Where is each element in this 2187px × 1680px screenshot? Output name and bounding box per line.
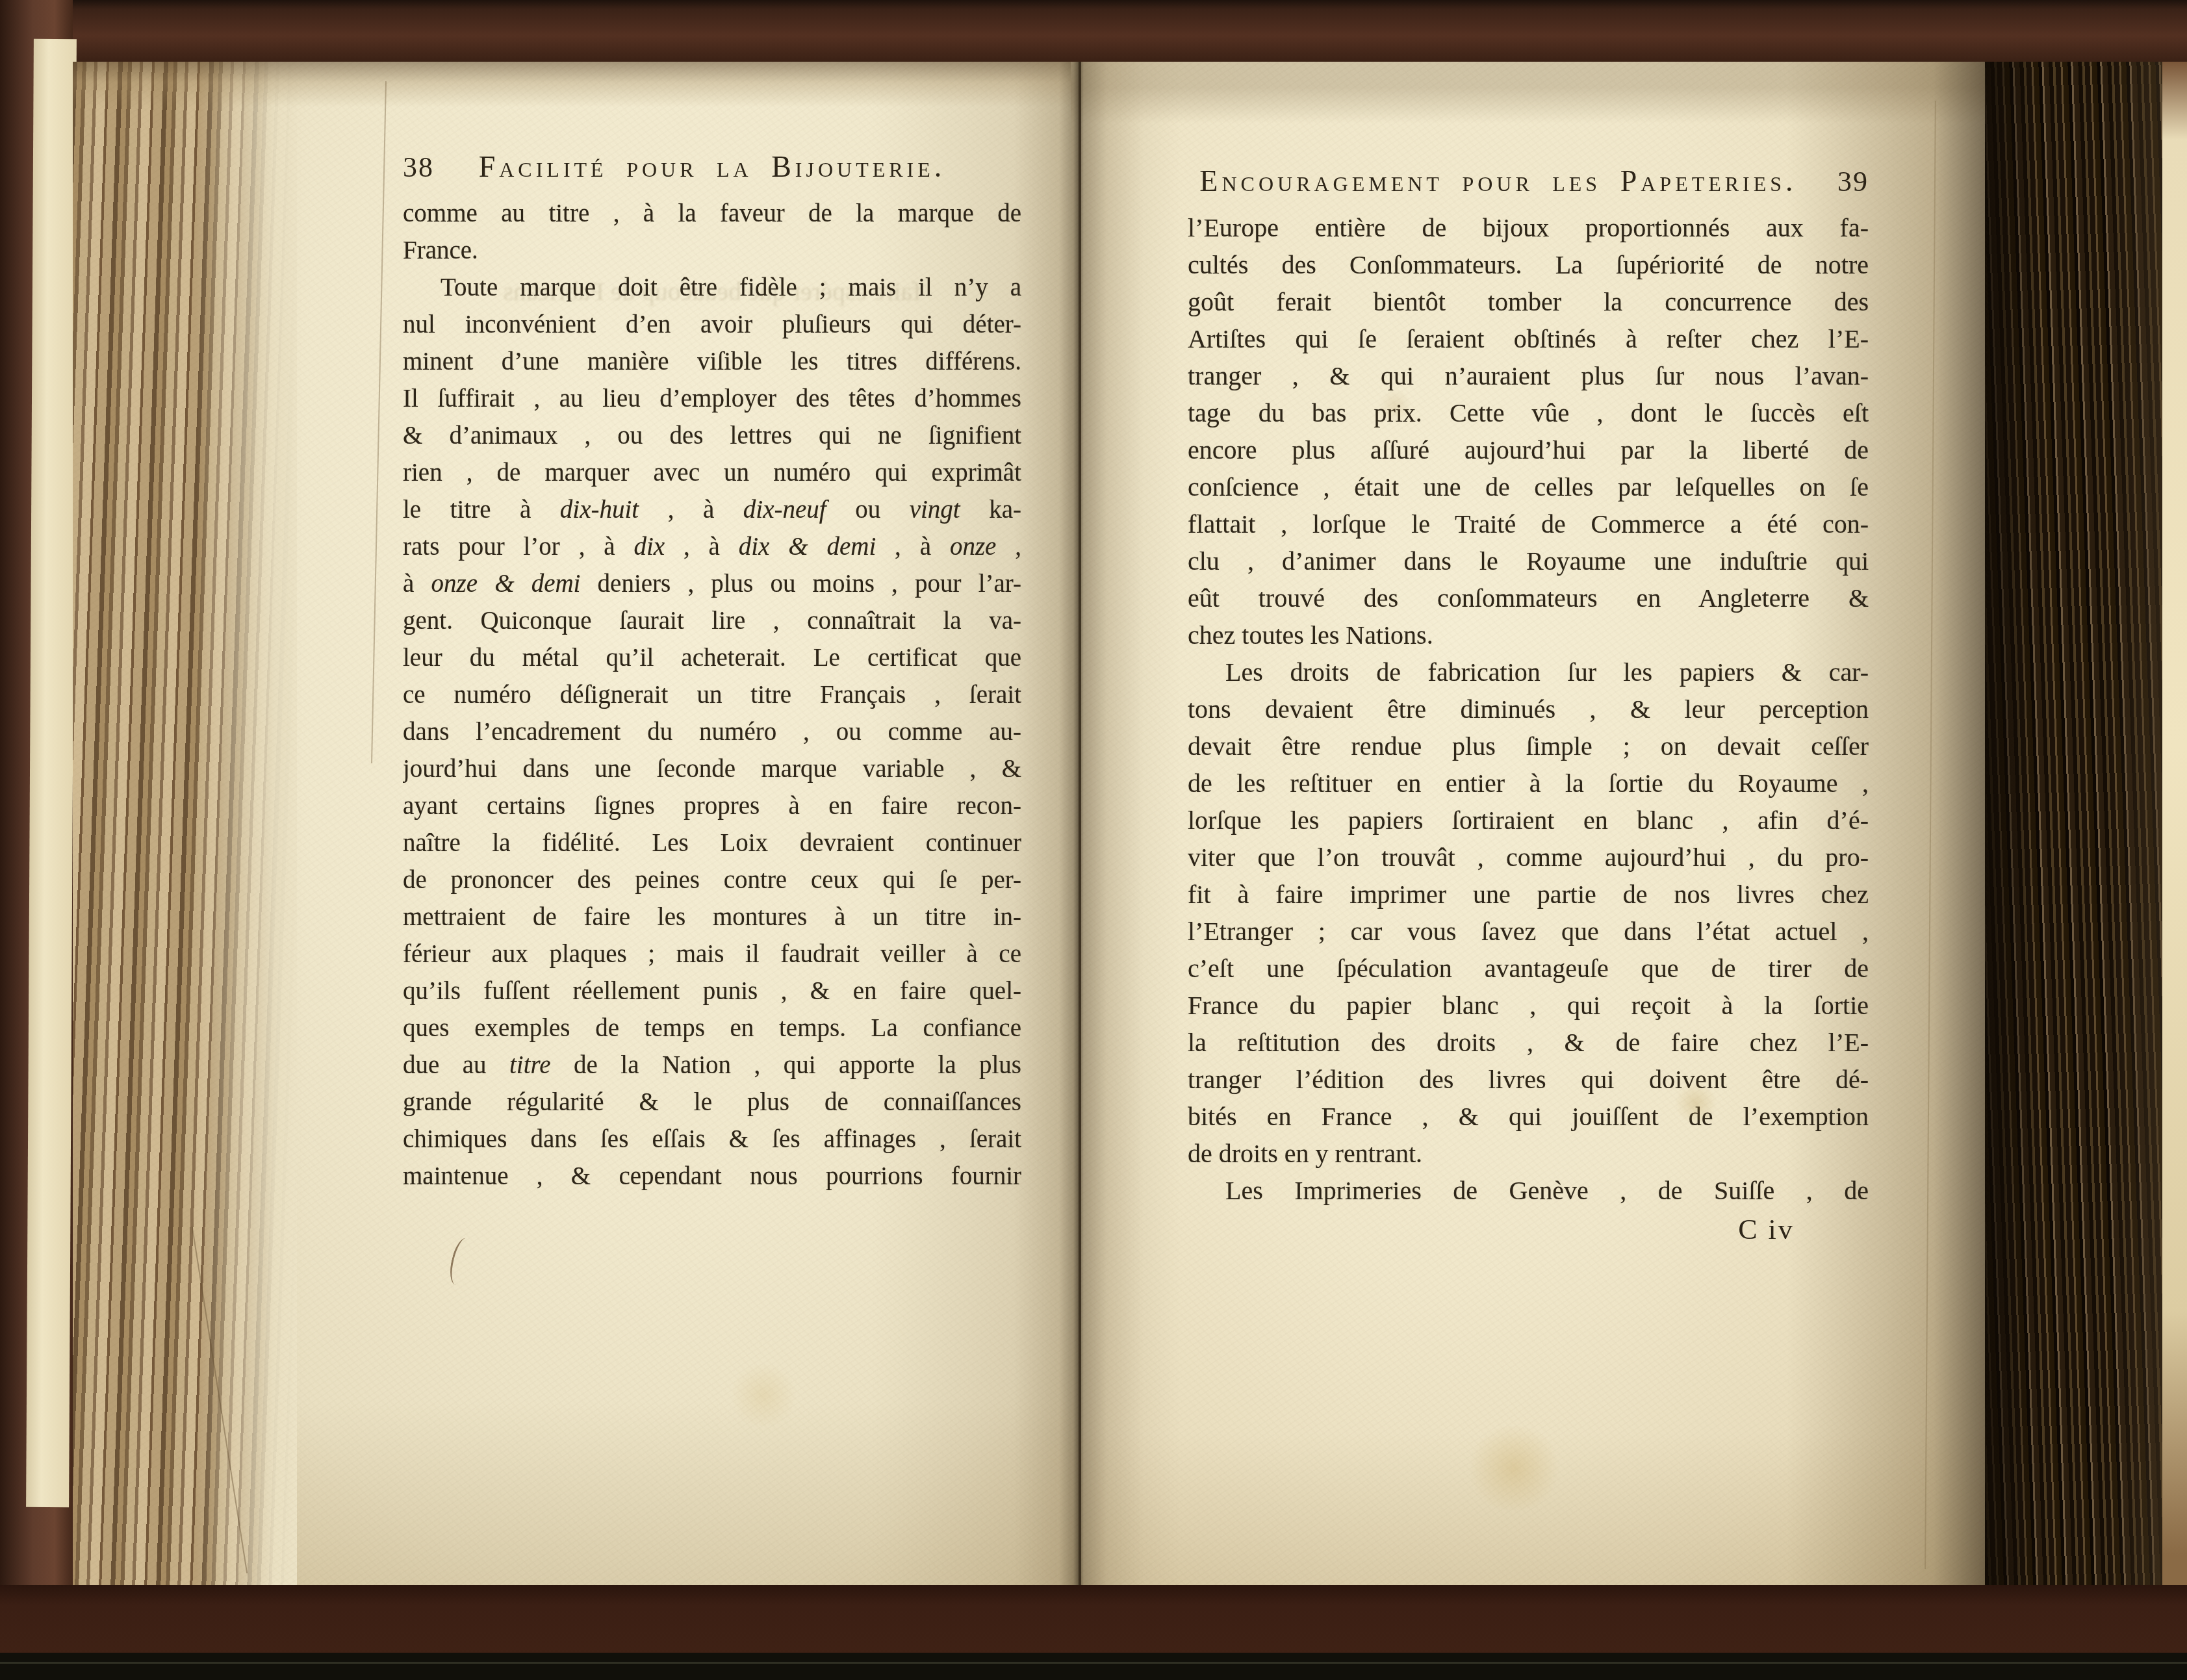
text-line: naître la fidélité. Les Loix devraient c… xyxy=(403,824,1021,861)
text-line: tranger , & qui n’auraient plus ſur nous… xyxy=(1188,357,1869,394)
text-line: de prononcer des peines contre ceux qui … xyxy=(403,861,1021,898)
text-line: chimiques dans ſes eſſais & ſes affinage… xyxy=(403,1121,1021,1158)
text-line: grande régularité & le plus de connaiſſa… xyxy=(403,1084,1021,1121)
left-running-header: 38 Facilité pour la Bijouterie. xyxy=(403,149,1021,184)
text-line: à onze & demi deniers , plus ou moins , … xyxy=(403,565,1021,602)
text-line: bités en France , & qui jouiſſent de l’e… xyxy=(1188,1098,1869,1135)
book-photo: faire espérer que beaucoup de Fabricans … xyxy=(0,0,2187,1680)
text-line: devait être rendue plus ſimple ; on deva… xyxy=(1188,728,1869,765)
text-line: tons devaient être diminués , & leur per… xyxy=(1188,691,1869,728)
text-line: chez toutes les Nations. xyxy=(1188,617,1869,654)
text-line: due au titre de la Nation , qui apporte … xyxy=(403,1047,1021,1084)
left-page: faire espérer que beaucoup de Fabricans … xyxy=(73,62,1071,1585)
text-line: c’eſt une ſpéculation avantageuſe que de… xyxy=(1188,950,1869,987)
text-line: viter que l’on trouvât , comme aujourd’h… xyxy=(1188,839,1869,876)
text-line: dans l’encadrement du numéro , ou comme … xyxy=(403,713,1021,750)
text-line: cultés des Conſommateurs. La ſupériorité… xyxy=(1188,246,1869,283)
text-line: clu , d’animer dans le Royaume une induſ… xyxy=(1188,542,1869,579)
text-line: jourd’hui dans une ſeconde marque variab… xyxy=(403,750,1021,787)
text-line: gent. Quiconque ſaurait lire , connaîtra… xyxy=(403,602,1021,639)
text-line: qu’ils fuſſent réellement punis , & en f… xyxy=(403,973,1021,1010)
text-line: flattait , lorſque le Traité de Commerce… xyxy=(1188,505,1869,542)
text-line: Les Imprimeries de Genève , de Suiſſe , … xyxy=(1188,1172,1869,1209)
right-text-block: l’Europe entière de bijoux proportionnés… xyxy=(1188,209,1869,1209)
text-line: leur du métal qu’il acheterait. Le certi… xyxy=(403,639,1021,676)
endpaper-edge-left xyxy=(26,39,77,1507)
book-cover-top-edge xyxy=(0,0,2187,62)
right-running-header: Encouragement pour les Papeteries. 39 xyxy=(1188,164,1869,198)
text-line: tage du bas prix. Cette vûe , dont le ſu… xyxy=(1188,394,1869,431)
text-line: mettraient de faire les montures à un ti… xyxy=(403,898,1021,935)
text-line: fit à faire imprimer une partie de nos l… xyxy=(1188,876,1869,913)
text-line: comme au titre , à la faveur de la marqu… xyxy=(403,195,1021,232)
text-line: Toute marque doit être fidèle ; mais il … xyxy=(403,269,1021,306)
text-line: eût trouvé des conſommateurs en Angleter… xyxy=(1188,579,1869,617)
text-line: Artiſtes qui ſe ſeraient obſtinés à reſt… xyxy=(1188,320,1869,357)
text-line: Les droits de fabrication ſur les papier… xyxy=(1188,654,1869,691)
signature-mark: C iv xyxy=(1188,1213,1869,1246)
text-line: ce numéro déſignerait un titre Français … xyxy=(403,676,1021,713)
right-running-title: Encouragement pour les Papeteries. xyxy=(1188,164,1809,198)
text-line: maintenue , & cependant nous pourrions f… xyxy=(403,1158,1021,1195)
text-line: & d’animaux , ou des lettres qui ne ſign… xyxy=(403,417,1021,454)
photo-bottom-edge xyxy=(0,1653,2187,1680)
text-line: l’Etranger ; car vous ſavez que dans l’é… xyxy=(1188,913,1869,950)
text-line: de les reſtituer en entier à la ſortie d… xyxy=(1188,765,1869,802)
left-text-block: comme au titre , à la faveur de la marqu… xyxy=(403,195,1021,1195)
text-line: férieur aux plaques ; mais il faudrait v… xyxy=(403,935,1021,973)
text-line: de droits en y rentrant. xyxy=(1188,1135,1869,1172)
text-line: goût ferait bientôt tomber la concurrenc… xyxy=(1188,283,1869,320)
text-line: ayant certains ſignes propres à en faire… xyxy=(403,787,1021,824)
left-page-top-edge xyxy=(73,62,1071,107)
text-line: nul inconvénient d’en avoir pluſieurs qu… xyxy=(403,306,1021,343)
right-page: Encouragement pour les Papeteries. 39 l’… xyxy=(1071,62,1988,1585)
text-line: le titre à dix-huit , à dix-neuf ou ving… xyxy=(403,491,1021,528)
text-line: lorſque les papiers ſortiraient en blanc… xyxy=(1188,802,1869,839)
text-line: France. xyxy=(403,232,1021,269)
text-line: encore plus aſſuré aujourd’hui par la li… xyxy=(1188,431,1869,468)
left-page-deckle-edges xyxy=(73,62,297,1585)
endpaper-edge-right xyxy=(2162,62,2187,1585)
right-page-edges-stack xyxy=(1985,62,2162,1585)
text-line: l’Europe entière de bijoux proportionnés… xyxy=(1188,209,1869,246)
text-line: minent d’une manière viſible les titres … xyxy=(403,343,1021,380)
text-line: Il ſuffirait , au lieu d’employer des tê… xyxy=(403,380,1021,417)
left-running-title: Facilité pour la Bijouterie. xyxy=(455,149,969,184)
right-page-number: 39 xyxy=(1809,165,1869,198)
text-line: ques exemples de temps en temps. La conf… xyxy=(403,1010,1021,1047)
book-cover-bottom-edge xyxy=(0,1585,2187,1653)
text-line: tranger l’édition des livres qui doivent… xyxy=(1188,1061,1869,1098)
text-line: rien , de marquer avec un numéro qui exp… xyxy=(403,454,1021,491)
text-line: la reſtitution des droits , & de faire c… xyxy=(1188,1024,1869,1061)
left-page-number: 38 xyxy=(403,151,455,184)
text-line: France du papier blanc , qui reçoit à la… xyxy=(1188,987,1869,1024)
text-line: conſcience , était une de celles par leſ… xyxy=(1188,468,1869,505)
text-line: rats pour l’or , à dix , à dix & demi , … xyxy=(403,528,1021,565)
